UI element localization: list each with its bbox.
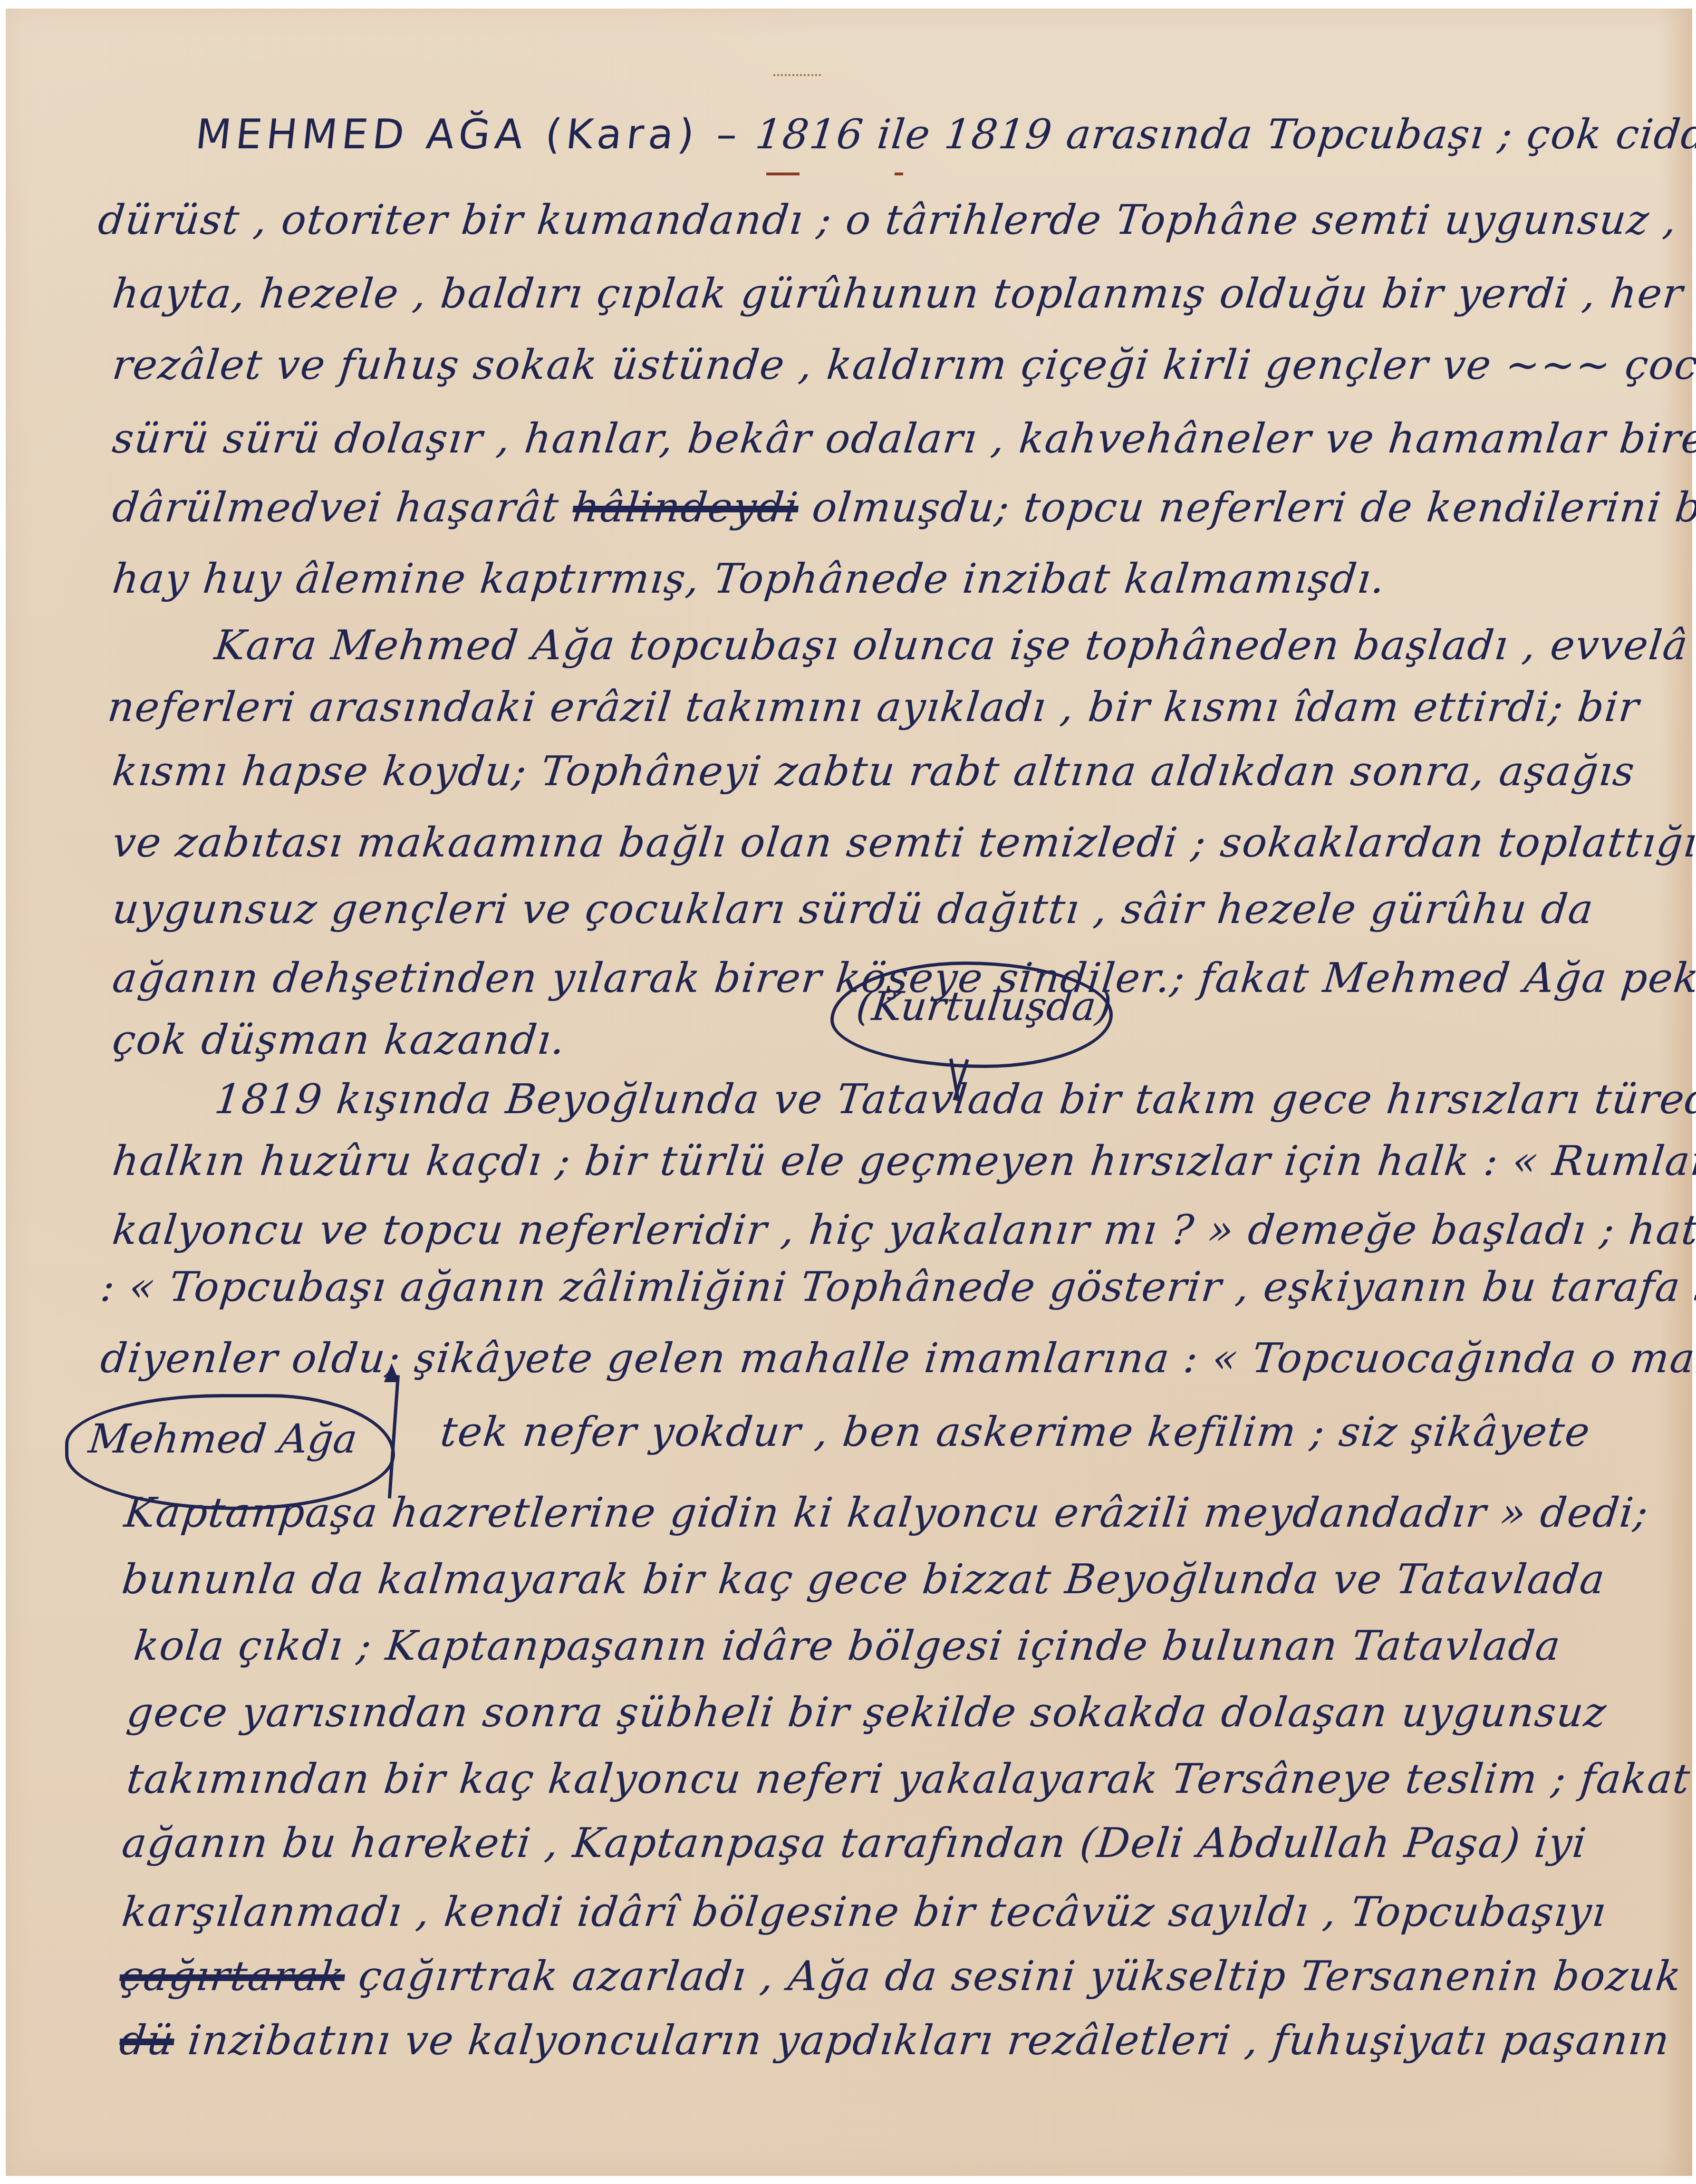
annotation-label-kurtulusda: (Kurtuluşda) bbox=[854, 983, 1114, 1029]
text-line-4: sürü sürü dolaşır , hanlar, bekâr odalar… bbox=[110, 415, 1696, 462]
text-line-5: dârülmedvei haşarât hâlindeydi olmuşdu; … bbox=[110, 484, 1696, 531]
text-line-9: kısmı hapse koydu; Tophâneyi zabtu rabt … bbox=[110, 748, 1638, 795]
text-line-18: diyenler oldu; şikâyete gelen mahalle im… bbox=[98, 1335, 1696, 1382]
text-line-11: uygunsuz gençleri ve çocukları sürdü dağ… bbox=[110, 885, 1596, 933]
top-ink-marks bbox=[773, 74, 821, 79]
text-line-26: karşılanmadı , kendi idârî bölgesine bir… bbox=[120, 1888, 1609, 1936]
text-line-20: Kaptanpaşa hazretlerine gidin ki kalyonc… bbox=[122, 1489, 1651, 1537]
text-line-23: gece yarısından sonra şübheli bir şekild… bbox=[125, 1689, 1609, 1736]
text-line-25: ağanın bu hareketi , Kaptanpaşa tarafınd… bbox=[120, 1819, 1590, 1867]
line-text-before: dârülmedvei haşarât bbox=[110, 484, 562, 531]
annotation-label-mehmed-aga: Mehmed Ağa bbox=[87, 1415, 359, 1462]
red-underline-mark bbox=[895, 173, 903, 175]
line-text-after: çağırtrak azarladı , Ağa da sesini yükse… bbox=[357, 1953, 1684, 2000]
entry-intro: 1816 ile 1819 arasında Topcubaşı ; çok c… bbox=[753, 111, 1696, 158]
red-underline-mark bbox=[766, 173, 800, 175]
struck-word: dü bbox=[117, 2017, 177, 2064]
text-line-10: ve zabıtası makaamına bağlı olan semti t… bbox=[110, 819, 1696, 866]
entry-title: MEHMED AĞA (Kara) – bbox=[193, 111, 744, 158]
manuscript-page: MEHMED AĞA (Kara) – 1816 ile 1819 arasın… bbox=[6, 9, 1692, 2176]
heading-line: MEHMED AĞA (Kara) – 1816 ile 1819 arasın… bbox=[193, 111, 1696, 158]
text-line-13: çok düşman kazandı. bbox=[110, 1016, 568, 1064]
text-line-24: takımından bir kaç kalyoncu neferi yakal… bbox=[125, 1755, 1693, 1803]
text-line-2: hayta, hezele , baldırı çıplak gürûhunun… bbox=[110, 270, 1696, 317]
struck-word: hâlindeydi bbox=[570, 484, 801, 531]
text-line-21: bununla da kalmayarak bir kaç gece bizza… bbox=[120, 1556, 1608, 1603]
text-line-17: : « Topcubaşı ağanın zâlimliğini Tophâne… bbox=[98, 1263, 1696, 1311]
text-line-1: dürüst , otoriter bir kumandandı ; o târ… bbox=[96, 196, 1680, 244]
text-line-3: rezâlet ve fuhuş sokak üstünde , kaldırı… bbox=[110, 341, 1696, 389]
text-line-27: çağırtarak çağırtrak azarladı , Ağa da s… bbox=[117, 1953, 1684, 2000]
text-line-7: Kara Mehmed Ağa topcubaşı olunca işe top… bbox=[212, 622, 1696, 669]
text-line-15: halkın huzûru kaçdı ; bir türlü ele geçm… bbox=[110, 1137, 1696, 1185]
line-text-after: inzibatını ve kalyoncuların yapdıkları r… bbox=[186, 2017, 1673, 2064]
text-line-19: tek nefer yokdur , ben askerime kefilim … bbox=[438, 1408, 1593, 1456]
line-text-after: olmuşdu; topcu neferleri de kendilerini … bbox=[810, 484, 1696, 531]
text-line-22: kola çıkdı ; Kaptanpaşanın idâre bölgesi… bbox=[132, 1622, 1563, 1670]
text-line-8: neferleri arasındaki erâzil takımını ayı… bbox=[106, 683, 1642, 731]
text-line-16: kalyoncu ve topcu neferleridir , hiç yak… bbox=[110, 1206, 1696, 1254]
insertion-arrow-head-icon bbox=[384, 1363, 399, 1382]
text-line-28: dü inzibatını ve kalyoncuların yapdıklar… bbox=[117, 2017, 1673, 2064]
struck-word: çağırtarak bbox=[117, 1953, 347, 2000]
text-line-6: hay huy âlemine kaptırmış, Tophânede inz… bbox=[110, 555, 1388, 603]
